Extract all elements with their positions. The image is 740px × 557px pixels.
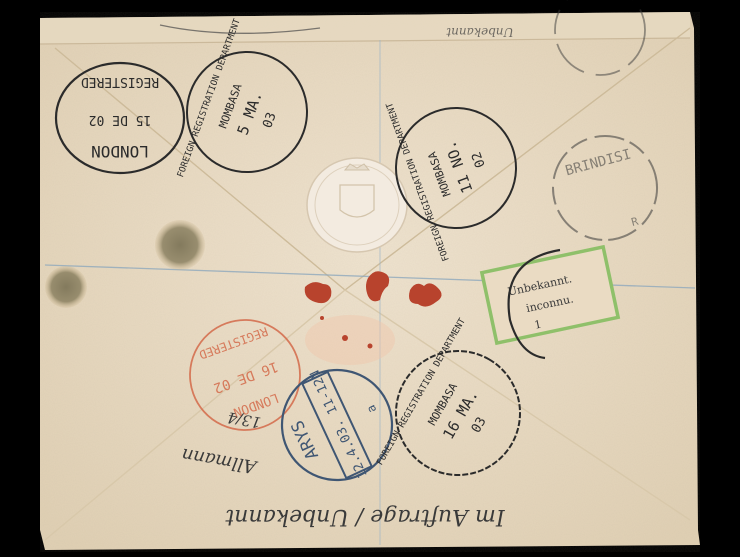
svg-text:LONDON: LONDON [91,142,149,161]
envelope-photo: LONDON 15 DE 02 REGISTERED FOREIGN REGIS… [0,0,740,557]
svg-text:Unbekannt: Unbekannt [446,25,514,39]
svg-text:15 DE 02: 15 DE 02 [89,112,152,127]
embossed-seal [307,158,407,252]
svg-text:REGISTERED: REGISTERED [81,74,159,89]
svg-text:Im Auftrage / Unbekannt: Im Auftrage / Unbekannt [225,504,505,529]
